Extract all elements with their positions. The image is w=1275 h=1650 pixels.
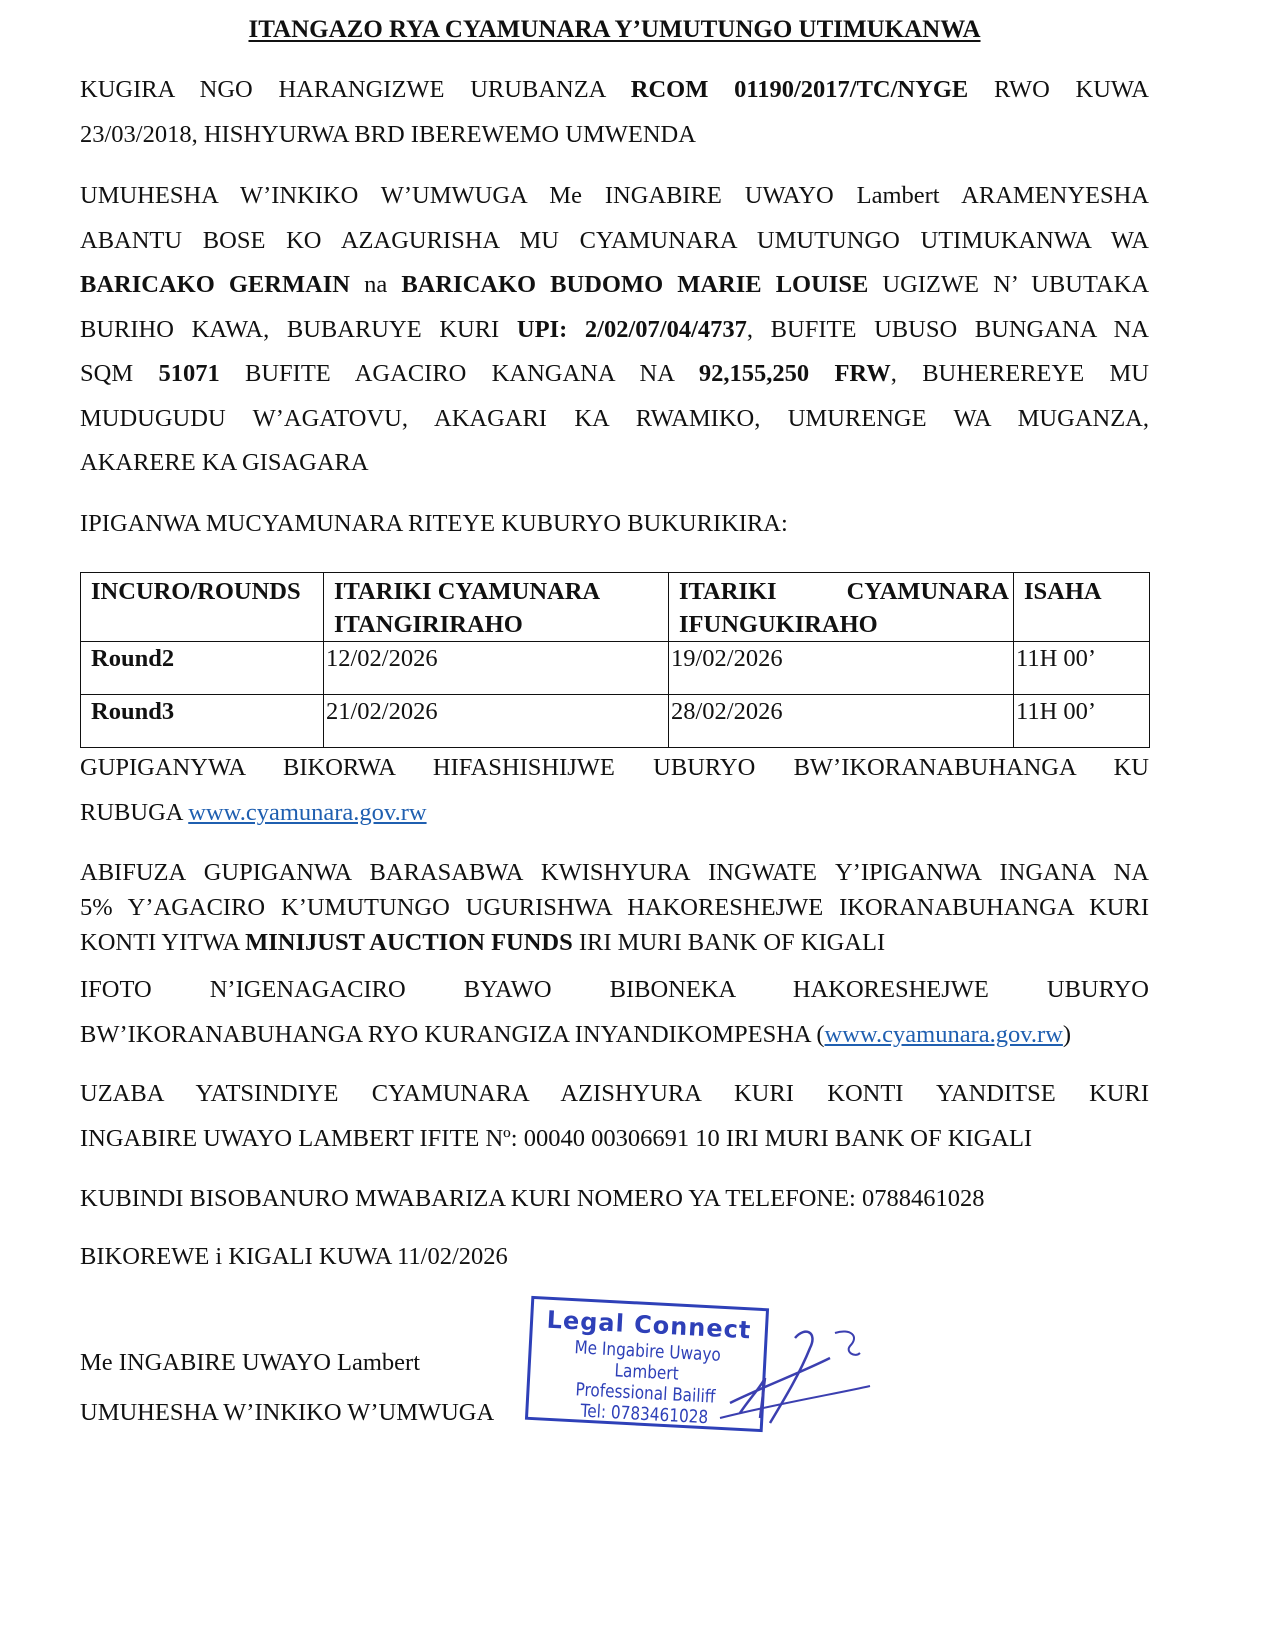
signatory-name: Me INGABIRE UWAYO Lambert <box>80 1338 494 1388</box>
area-sqm: 51071 <box>158 360 219 387</box>
header-time: ISAHA <box>1014 573 1150 642</box>
online-paragraph: GUPIGANYWA BIKORWA HIFASHISHIJWE UBURYO … <box>80 746 1149 835</box>
table-row: Round2 12/02/2026 19/02/2026 11H 00’ <box>81 642 1150 695</box>
deposit-paragraph: ABIFUZA GUPIGANWA BARASABWA KWISHYURA IN… <box>80 855 1149 960</box>
signatory-block: Me INGABIRE UWAYO Lambert UMUHESHA W’INK… <box>80 1338 494 1438</box>
owner-2: BARICAKO BUDOMO MARIE LOUISE <box>401 271 868 298</box>
done-at-line: BIKOREWE i KIGALI KUWA 11/02/2026 <box>80 1235 1149 1280</box>
schedule-intro: IPIGANWA MUCYAMUNARA RITEYE KUBURYO BUKU… <box>80 502 1149 547</box>
payment-paragraph: UZABA YATSINDIYE CYAMUNARA AZISHYURA KUR… <box>80 1072 1149 1161</box>
header-rounds: INCURO/ROUNDS <box>81 573 324 642</box>
document-title: ITANGAZO RYA CYAMUNARA Y’UMUTUNGO UTIMUK… <box>80 16 1149 44</box>
auction-schedule-table: INCURO/ROUNDS ITARIKI CYAMUNARA ITANGIRI… <box>80 572 1150 748</box>
account-name: MINIJUST AUCTION FUNDS <box>245 929 573 956</box>
upi-number: UPI: 2/02/07/04/4737 <box>517 316 747 343</box>
notice-paragraph: UMUHESHA W’INKIKO W’UMWUGA Me INGABIRE U… <box>80 174 1149 486</box>
handwritten-signature <box>700 1318 880 1438</box>
table-row: Round3 21/02/2026 28/02/2026 11H 00’ <box>81 695 1150 748</box>
header-start-date: ITARIKI CYAMUNARA ITANGIRIRAHO <box>324 573 669 642</box>
table-header-row: INCURO/ROUNDS ITARIKI CYAMUNARA ITANGIRI… <box>81 573 1150 642</box>
case-number: RCOM 01190/2017/TC/NYGE <box>631 76 968 103</box>
header-end-date: ITARIKI CYAMUNARA IFUNGUKIRAHO <box>669 573 1014 642</box>
cyamunara-link-2[interactable]: www.cyamunara.gov.rw <box>825 1021 1063 1048</box>
cyamunara-link[interactable]: www.cyamunara.gov.rw <box>188 799 426 826</box>
photos-paragraph: IFOTO N’IGENAGACIRO BYAWO BIBONEKA HAKOR… <box>80 968 1149 1057</box>
intro-paragraph: KUGIRA NGO HARANGIZWE URUBANZA RCOM 0119… <box>80 68 1149 157</box>
contact-line: KUBINDI BISOBANURO MWABARIZA KURI NOMERO… <box>80 1177 1149 1222</box>
owner-1: BARICAKO GERMAIN <box>80 271 350 298</box>
signatory-role: UMUHESHA W’INKIKO W’UMWUGA <box>80 1388 494 1438</box>
property-value: 92,155,250 FRW <box>699 360 891 387</box>
